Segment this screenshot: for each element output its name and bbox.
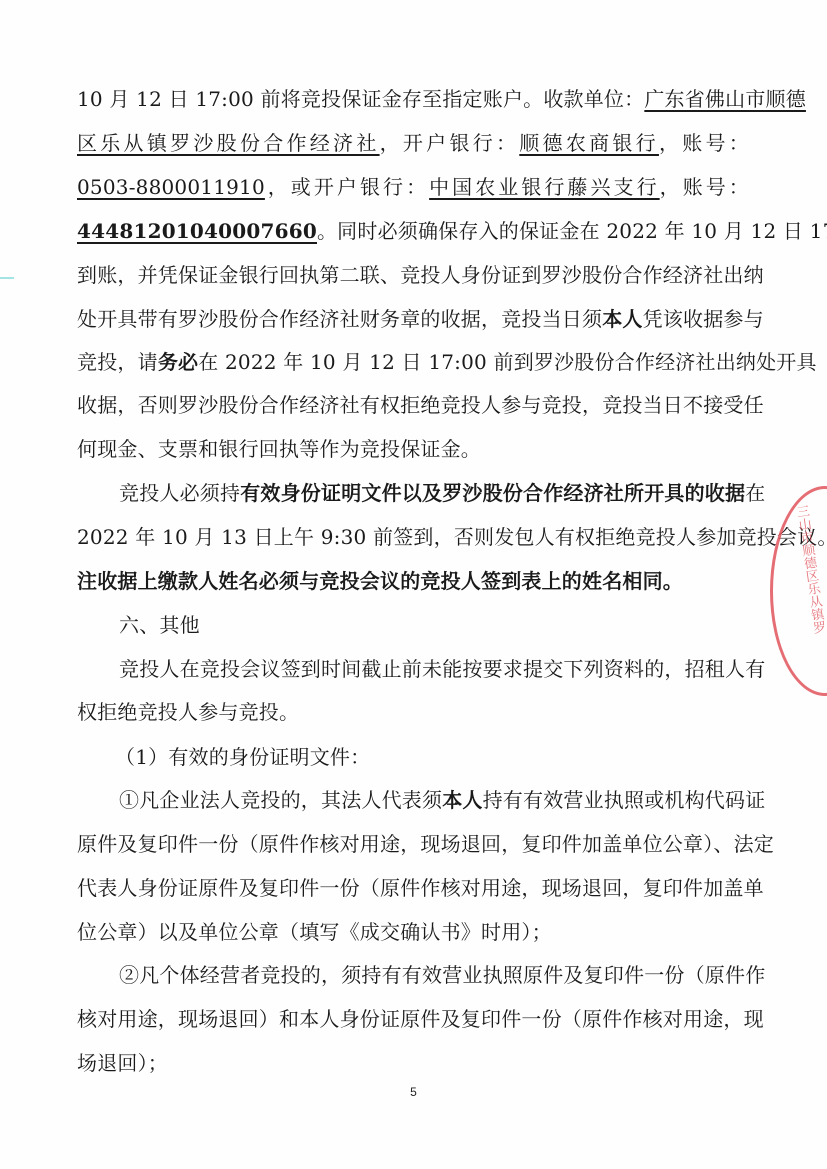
text-line: ①凡企业法人竞投的，其法人代表须本人持有有效营业执照或机构代码证: [77, 785, 749, 815]
underlined-text: 0503-8800011910: [77, 175, 265, 199]
text-span: 位公章）以及单位公章（填写《成交确认书》时用）；: [77, 920, 552, 944]
text-span: ，账号：: [659, 131, 749, 155]
scan-artifact: [0, 277, 14, 279]
text-line: 竞投人在竞投会议签到时间截止前未能按要求提交下列资料的，招租人有: [77, 654, 749, 684]
text-span: 持有有效营业执照或机构代码证: [483, 788, 766, 812]
text-span: ，或开户银行：: [265, 175, 429, 199]
text-line: 原件及复印件一份（原件作核对用途，现场退回，复印件加盖单位公章）、法定: [77, 829, 749, 859]
text-span: 何现金、支票和银行回执等作为竞投保证金。: [77, 437, 481, 461]
underlined-text: 44481201040007660: [77, 219, 317, 243]
text-span: 原件及复印件一份（原件作核对用途，现场退回，复印件加盖单位公章）、法定: [77, 832, 774, 856]
text-span: 场退回）；: [77, 1051, 168, 1075]
text-line: 44481201040007660。同时必须确保存入的保证金在 2022 年 1…: [77, 216, 749, 246]
text-line: 六、其他: [77, 610, 749, 640]
text-span: 收据，否则罗沙股份合作经济社有权拒绝竞投人参与竞投，竞投当日不接受任: [77, 393, 764, 417]
text-span: ，开户银行：: [380, 131, 520, 155]
text-line: 核对用途，现场退回）和本人身份证原件及复印件一份（原件作核对用途，现: [77, 1004, 749, 1034]
page-number: 5: [0, 1085, 827, 1099]
text-span: ①凡企业法人竞投的，其法人代表须: [119, 788, 442, 812]
text-line: 竞投，请务必在 2022 年 10 月 12 日 17:00 前到罗沙股份合作经…: [77, 347, 749, 377]
text-span: 六、其他: [119, 613, 200, 637]
underlined-text: 区乐从镇罗沙股份合作经济社: [77, 131, 380, 155]
text-span: 处开具带有罗沙股份合作经济社财务章的收据，竞投当日须: [77, 307, 602, 331]
bold-text: 注收据上缴款人姓名必须与竞投会议的竞投人签到表上的姓名相同。: [77, 569, 683, 593]
text-span: （1）有效的身份证明文件：: [115, 745, 370, 769]
text-line: 注收据上缴款人姓名必须与竞投会议的竞投人签到表上的姓名相同。: [77, 566, 749, 596]
bold-text: 本人: [442, 788, 482, 812]
text-line: 区乐从镇罗沙股份合作经济社，开户银行：顺德农商银行，账号：: [77, 128, 749, 158]
text-line: 收据，否则罗沙股份合作经济社有权拒绝竞投人参与竞投，竞投当日不接受任: [77, 390, 749, 420]
text-span: 竞投，请: [77, 350, 158, 374]
text-line: 场退回）；: [77, 1048, 749, 1078]
text-span: 2022 年 10 月 13 日上午 9:30 前签到，否则发包人有权拒绝竞投人…: [77, 525, 827, 549]
document-page: 10 月 12 日 17:00 前将竞投保证金存至指定账户。收款单位：广东省佛山…: [0, 0, 827, 1169]
text-line: 代表人身份证原件及复印件一份（原件作核对用途，现场退回，复印件加盖单: [77, 873, 749, 903]
text-span: 核对用途，现场退回）和本人身份证原件及复印件一份（原件作核对用途，现: [77, 1007, 764, 1031]
underlined-text: 广东省佛山市顺德: [644, 87, 806, 111]
text-span: 到账，并凭保证金银行回执第二联、竞投人身份证到罗沙股份合作经济社出纳: [77, 263, 764, 287]
underlined-text: 中国农业银行藤兴支行: [429, 175, 660, 199]
text-span: 10 月 12 日 17:00 前将竞投保证金存至指定账户。收款单位：: [77, 87, 644, 111]
text-span: 竞投人必须持: [119, 481, 240, 505]
text-line: 处开具带有罗沙股份合作经济社财务章的收据，竞投当日须本人凭该收据参与: [77, 304, 749, 334]
text-span: ②凡个体经营者竞投的，须持有有效营业执照原件及复印件一份（原件作: [119, 963, 765, 987]
underlined-text: 顺德农商银行: [519, 131, 659, 155]
text-span: ，账号：: [660, 175, 749, 199]
text-line: 竞投人必须持有效身份证明文件以及罗沙股份合作经济社所开具的收据在: [77, 478, 749, 508]
text-line: 位公章）以及单位公章（填写《成交确认书》时用）；: [77, 917, 749, 947]
text-span: 。同时必须确保存入的保证金在 2022 年 10 月 12 日 17:00 前: [317, 219, 827, 243]
text-line: 0503-8800011910，或开户银行：中国农业银行藤兴支行，账号：: [77, 172, 749, 202]
text-span: 在: [745, 481, 765, 505]
text-line: （1）有效的身份证明文件：: [77, 742, 749, 772]
text-span: 权拒绝竞投人参与竞投。: [77, 700, 299, 724]
text-line: 到账，并凭保证金银行回执第二联、竞投人身份证到罗沙股份合作经济社出纳: [77, 260, 749, 290]
text-line: 何现金、支票和银行回执等作为竞投保证金。: [77, 434, 749, 464]
text-line: 10 月 12 日 17:00 前将竞投保证金存至指定账户。收款单位：广东省佛山…: [77, 84, 749, 114]
text-span: 在 2022 年 10 月 12 日 17:00 前到罗沙股份合作经济社出纳处开…: [198, 350, 817, 374]
text-line: 2022 年 10 月 13 日上午 9:30 前签到，否则发包人有权拒绝竞投人…: [77, 522, 749, 552]
text-span: 凭该收据参与: [643, 307, 764, 331]
text-span: 代表人身份证原件及复印件一份（原件作核对用途，现场退回，复印件加盖单: [77, 876, 764, 900]
text-line: ②凡个体经营者竞投的，须持有有效营业执照原件及复印件一份（原件作: [77, 960, 749, 990]
text-line: 权拒绝竞投人参与竞投。: [77, 697, 749, 727]
bold-text: 本人: [602, 307, 642, 331]
bold-text: 有效身份证明文件以及罗沙股份合作经济社所开具的收据: [240, 481, 745, 505]
bold-text: 务必: [158, 350, 198, 374]
text-span: 竞投人在竞投会议签到时间截止前未能按要求提交下列资料的，招租人有: [119, 657, 765, 681]
